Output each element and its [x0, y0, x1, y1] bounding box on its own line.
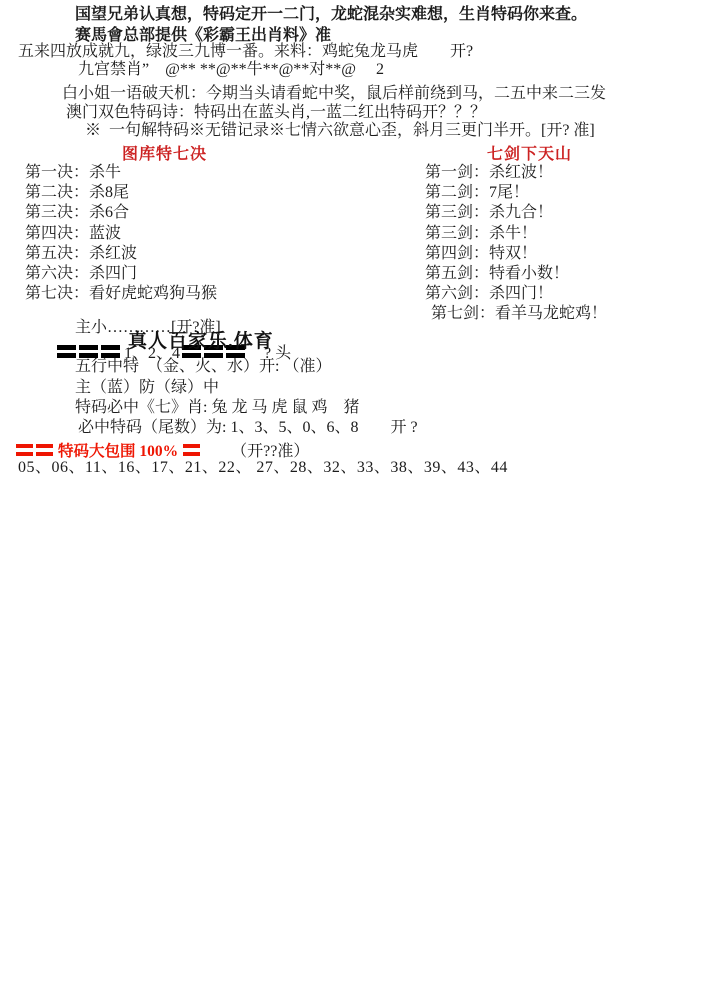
zhufang-line: 主（蓝）防（绿）中: [75, 379, 219, 397]
left-panel-item: 第六决：杀四门: [25, 264, 217, 284]
right-panel-item: 第七剑：看羊马龙蛇鸡！: [425, 304, 607, 324]
red-block-icon: [36, 444, 53, 456]
red-block-icon: [16, 444, 33, 456]
verse-line: 五来四放成就九，绿波三九博一番。来料：鸡蛇兔龙马虎 开?: [18, 43, 473, 61]
block-bar-icon: [79, 345, 98, 358]
banner-result: （开??准）: [231, 438, 309, 461]
baixiaojie-line: 白小姐一语破天机：今期当头请看蛇中奖，鼠后样前绕到马，二五中来二三发: [62, 85, 606, 103]
right-panel-item: 第三剑：杀牛！: [425, 224, 607, 244]
right-panel-item: 第三剑：杀九合！: [425, 203, 607, 223]
right-panel-item: 第五剑：特看小数！: [425, 264, 607, 284]
left-panel-item: 第一决：杀牛: [25, 163, 217, 183]
right-panel-item: 第六剑：杀四门！: [425, 284, 607, 304]
red-block-icon: [183, 444, 200, 456]
left-panel-title: 图库特七决: [122, 146, 207, 164]
right-panel-item: 第二剑：7尾！: [425, 183, 607, 203]
jietema-line: ※ 一句解特码※无错记录※七情六欲意心歪，斜月三更门半开。[开? 准]: [85, 122, 595, 140]
numbers-line: 05、06、11、16、17、21、22、 27、28、32、33、38、39、…: [18, 459, 508, 477]
left-panel-item: 第三决：杀6合: [25, 203, 217, 223]
poem-line: 国望兄弟认真想，特码定开一二门，龙蛇混杂实难想，生肖特码你来查。: [75, 6, 587, 24]
left-panel: 第一决：杀牛 第二决：杀8尾 第三决：杀6合 第四决：蓝波 第五决：杀红波 第六…: [25, 163, 217, 304]
right-panel-item: 第一剑：杀红波！: [425, 163, 607, 183]
left-panel-item: 第五决：杀红波: [25, 244, 217, 264]
left-panel-item: 第四决：蓝波: [25, 224, 217, 244]
left-panel-item: 第七决：看好虎蛇鸡狗马猴: [25, 284, 217, 304]
right-panel-item: 第四剑：特双！: [425, 244, 607, 264]
red-banner: 特码大包围 100% （开??准）: [16, 438, 309, 461]
right-panel: 第一剑：杀红波！ 第二剑：7尾！ 第三剑：杀九合！ 第三剑：杀牛！ 第四剑：特双…: [425, 163, 607, 325]
casino-overlay-text: 真人百家乐.体育: [128, 326, 274, 353]
right-panel-title: 七剑下天山: [487, 146, 572, 164]
qixiao-line: 特码必中《七》肖: 兔 龙 马 虎 鼠 鸡 猪: [75, 399, 359, 417]
banner-label: 特码大包围 100%: [58, 439, 178, 461]
weishu-line: 必中特码（尾数）为: 1、3、5、0、6、8 开 ?: [78, 419, 418, 437]
jiugong-line: 九宫禁肖” @** **@**牛**@**对**@ 2: [78, 61, 384, 79]
aomen-line: 澳门双色特码诗：特码出在蓝头肖,一蓝二红出特码开？？？: [66, 104, 486, 122]
block-bar-icon: [57, 345, 76, 358]
block-bar-icon: [101, 345, 120, 358]
left-panel-item: 第二决：杀8尾: [25, 183, 217, 203]
lottery-tips-page: 国望兄弟认真想，特码定开一二门，龙蛇混杂实难想，生肖特码你来查。 赛馬會总部提供…: [0, 0, 713, 997]
